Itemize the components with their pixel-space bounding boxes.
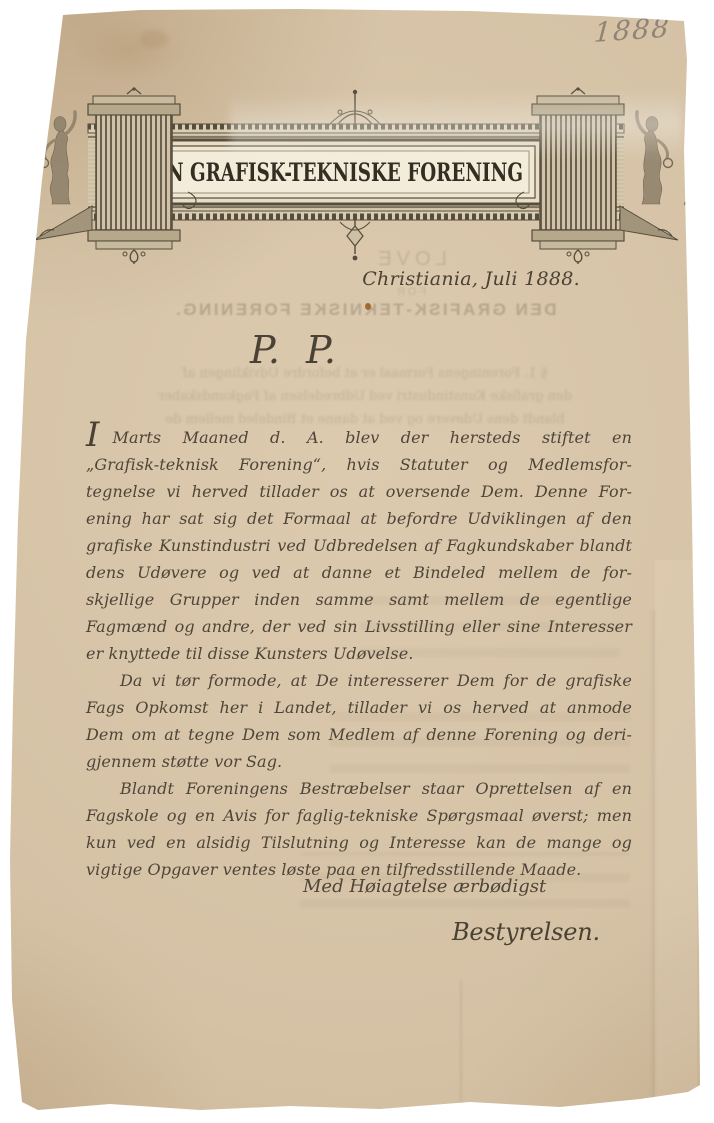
salutation: P. P. — [250, 328, 336, 372]
body-line: gjennem støtte vor Sag. — [86, 748, 632, 775]
classical-figure-left — [40, 112, 76, 204]
signature: Bestyrelsen. — [452, 918, 600, 946]
ink-speck — [365, 303, 371, 310]
ink-speck — [684, 201, 689, 206]
paper-stain — [140, 30, 168, 48]
banner-pillar-left — [88, 87, 180, 264]
handwritten-year: 1888 — [593, 10, 705, 49]
body-line: Fagmænd og andre, der ved sin Livsstilli… — [86, 613, 632, 640]
body-text: IMarts Maaned d. A. blev der hersteds st… — [86, 424, 632, 883]
body-line: Fagskole og en Avis for faglig-tekniske … — [86, 802, 632, 829]
body-line: Fags Opkomst her i Landet, tillader vi o… — [86, 694, 632, 721]
banner-cornice-left — [34, 206, 92, 240]
paper-crease — [460, 980, 462, 1120]
body-line: grafiske Kunstindustri ved Udbredelsen a… — [86, 532, 632, 559]
bleedthrough-line: den grafiske Kunstindustri ved Udbredels… — [115, 385, 615, 408]
body-line: dens Udøvere og ved at danne et Bindeled… — [86, 559, 632, 586]
bleedthrough-statutes: § 1. Foreningens Formaal er at befordre … — [115, 362, 615, 431]
body-line: „Grafisk-teknisk Forening“, hvis Statute… — [86, 451, 632, 478]
body-line: er knyttede til disse Kunsters Udøvelse. — [86, 640, 632, 667]
masthead-title: DEN GRAFISK-TEKNISKE FORENING — [137, 158, 523, 187]
scan-background: DEN GRAFISK-TEKNISKE FORENING — [0, 0, 714, 1123]
drop-cap: I — [86, 415, 100, 455]
body-line: kun ved en alsidig Tilslutning og Intere… — [86, 829, 632, 856]
body-line: ening har sat sig det Formaal at befordr… — [86, 505, 632, 532]
bleedthrough-line: § 1. Foreningens Formaal er at befordre … — [115, 362, 615, 385]
body-line: IMarts Maaned d. A. blev der hersteds st… — [86, 424, 632, 451]
body-line: tegnelse vi herved tillader os at overse… — [86, 478, 632, 505]
closing-line: Med Høiagtelse ærbødigst — [303, 876, 546, 897]
body-line: Da vi tør formode, at De interesserer De… — [86, 667, 632, 694]
body-line: Blandt Foreningens Bestræbelser staar Op… — [86, 775, 632, 802]
scan-glare — [230, 90, 683, 163]
body-line: Dem om at tegne Dem som Medlem af denne … — [86, 721, 632, 748]
paper-stain — [75, 20, 185, 80]
banner-cornice-right — [620, 206, 678, 240]
dateline: Christiania, Juli 1888. — [300, 268, 580, 290]
body-line: skjellige Grupper inden samme samt melle… — [86, 586, 632, 613]
document-page: DEN GRAFISK-TEKNISKE FORENING — [0, 0, 714, 1123]
paper-tone-band — [655, 560, 697, 1108]
